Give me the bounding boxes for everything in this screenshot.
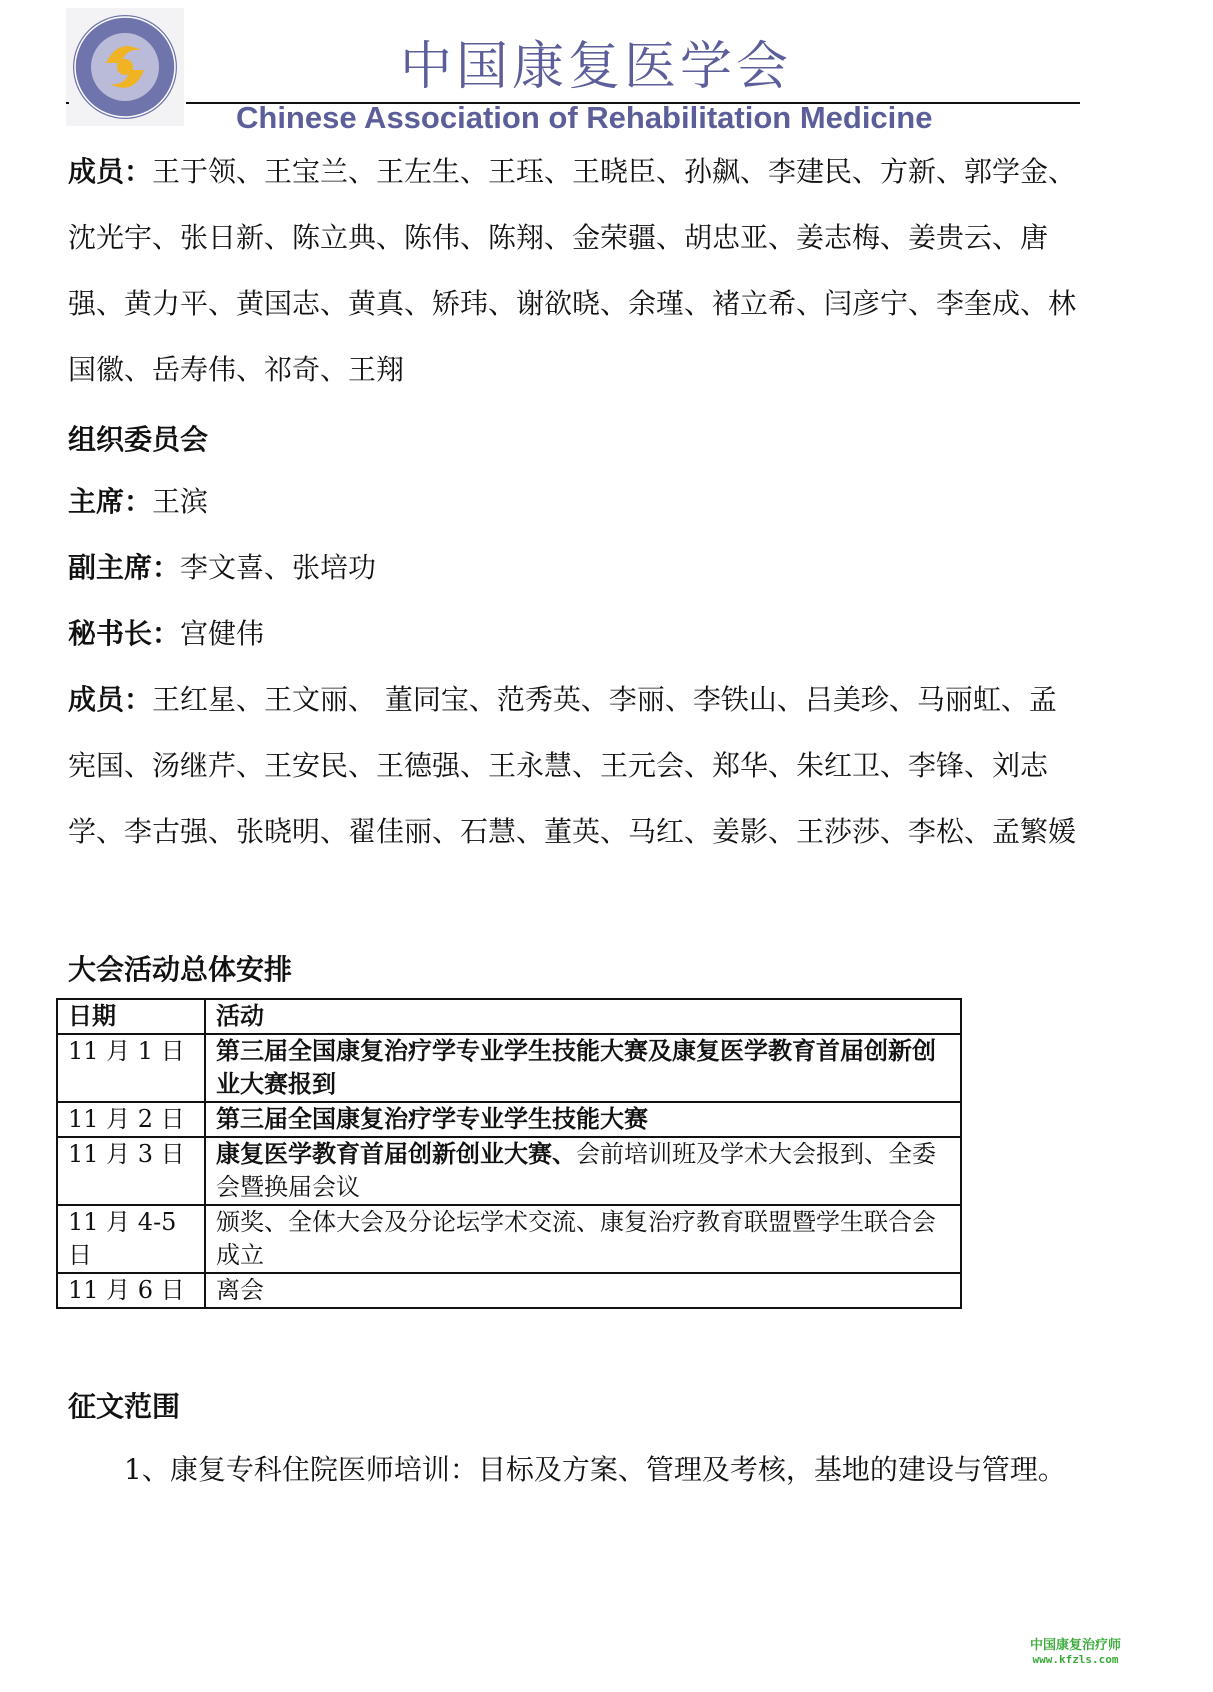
- association-name-cn: 中国康复医学会: [400, 24, 792, 99]
- chair-line: 主席：王滨: [68, 469, 1080, 535]
- organizing-committee-heading: 组织委员会: [68, 418, 208, 458]
- row-activity: 颁奖、全体大会及分论坛学术交流、康复治疗教育联盟暨学生联合会成立: [205, 1205, 961, 1273]
- row-date: 11 月 4-5 日: [57, 1205, 205, 1273]
- association-seal-icon: [66, 8, 184, 126]
- table-row: 11 月 1 日 第三届全国康复治疗学专业学生技能大赛及康复医学教育首届创新创业…: [57, 1034, 961, 1102]
- vice-chair-line: 副主席：李文喜、张培功: [68, 535, 1080, 601]
- association-name-en: Chinese Association of Rehabilitation Me…: [236, 100, 932, 136]
- academic-members-paragraph: 成员：王于领、王宝兰、王左生、王珏、王晓臣、孙飙、李建民、方新、郭学金、沈光宇、…: [68, 139, 1080, 403]
- header-activity: 活动: [205, 999, 961, 1034]
- vice-chair-names: 李文喜、张培功: [180, 551, 376, 584]
- watermark: 中国康复治疗师 www.kfzls.com: [1030, 1634, 1121, 1666]
- row-activity: 离会: [205, 1273, 961, 1308]
- table-header-row: 日期 活动: [57, 999, 961, 1034]
- table-row: 11 月 2 日 第三届全国康复治疗学专业学生技能大赛: [57, 1102, 961, 1137]
- organizing-members-paragraph: 成员：王红星、王文丽、 董同宝、范秀英、李丽、李铁山、吕美珍、马丽虹、孟宪国、汤…: [68, 667, 1080, 865]
- row-activity: 第三届全国康复治疗学专业学生技能大赛: [205, 1102, 961, 1137]
- table-row: 11 月 4-5 日 颁奖、全体大会及分论坛学术交流、康复治疗教育联盟暨学生联合…: [57, 1205, 961, 1273]
- activity-bold: 第三届全国康复治疗学专业学生技能大赛及康复医学教育首届创新创业大赛报到: [216, 1037, 936, 1098]
- table-row: 11 月 3 日 康复医学教育首届创新创业大赛、会前培训班及学术大会报到、全委会…: [57, 1137, 961, 1205]
- members-label: 成员：: [68, 683, 152, 716]
- table-row: 11 月 6 日 离会: [57, 1273, 961, 1308]
- row-date: 11 月 1 日: [57, 1034, 205, 1102]
- call-for-papers-heading: 征文范围: [68, 1385, 180, 1425]
- row-date: 11 月 3 日: [57, 1137, 205, 1205]
- activity-normal: 颁奖、全体大会及分论坛学术交流、康复治疗教育联盟暨学生联合会成立: [216, 1208, 936, 1269]
- members-list: 王于领、王宝兰、王左生、王珏、王晓臣、孙飙、李建民、方新、郭学金、沈光宇、张日新…: [68, 155, 1076, 386]
- members-label: 成员：: [68, 155, 152, 188]
- watermark-url: www.kfzls.com: [1030, 1653, 1121, 1666]
- schedule-table: 日期 活动 11 月 1 日 第三届全国康复治疗学专业学生技能大赛及康复医学教育…: [56, 998, 962, 1309]
- chair-label: 主席：: [68, 485, 152, 518]
- row-activity: 康复医学教育首届创新创业大赛、会前培训班及学术大会报到、全委会暨换届会议: [205, 1137, 961, 1205]
- members-list: 王红星、王文丽、 董同宝、范秀英、李丽、李铁山、吕美珍、马丽虹、孟宪国、汤继芹、…: [68, 683, 1076, 848]
- activity-bold: 康复医学教育首届创新创业大赛、: [216, 1140, 576, 1168]
- header-divider-dot: [66, 102, 69, 104]
- activity-normal: 离会: [216, 1276, 264, 1304]
- call-for-papers-item-1: 1、康复专科住院医师培训：目标及方案、管理及考核，基地的建设与管理。: [68, 1437, 1080, 1503]
- header-date: 日期: [57, 999, 205, 1034]
- secretary-line: 秘书长：宫健伟: [68, 601, 1080, 667]
- row-date: 11 月 2 日: [57, 1102, 205, 1137]
- activity-bold: 第三届全国康复治疗学专业学生技能大赛: [216, 1105, 648, 1133]
- vice-chair-label: 副主席：: [68, 551, 180, 584]
- row-activity: 第三届全国康复治疗学专业学生技能大赛及康复医学教育首届创新创业大赛报到: [205, 1034, 961, 1102]
- secretary-label: 秘书长：: [68, 617, 180, 650]
- secretary-name: 宫健伟: [180, 617, 264, 650]
- schedule-heading: 大会活动总体安排: [68, 948, 292, 988]
- row-date: 11 月 6 日: [57, 1273, 205, 1308]
- watermark-name: 中国康复治疗师: [1030, 1634, 1121, 1653]
- chair-name: 王滨: [152, 485, 208, 518]
